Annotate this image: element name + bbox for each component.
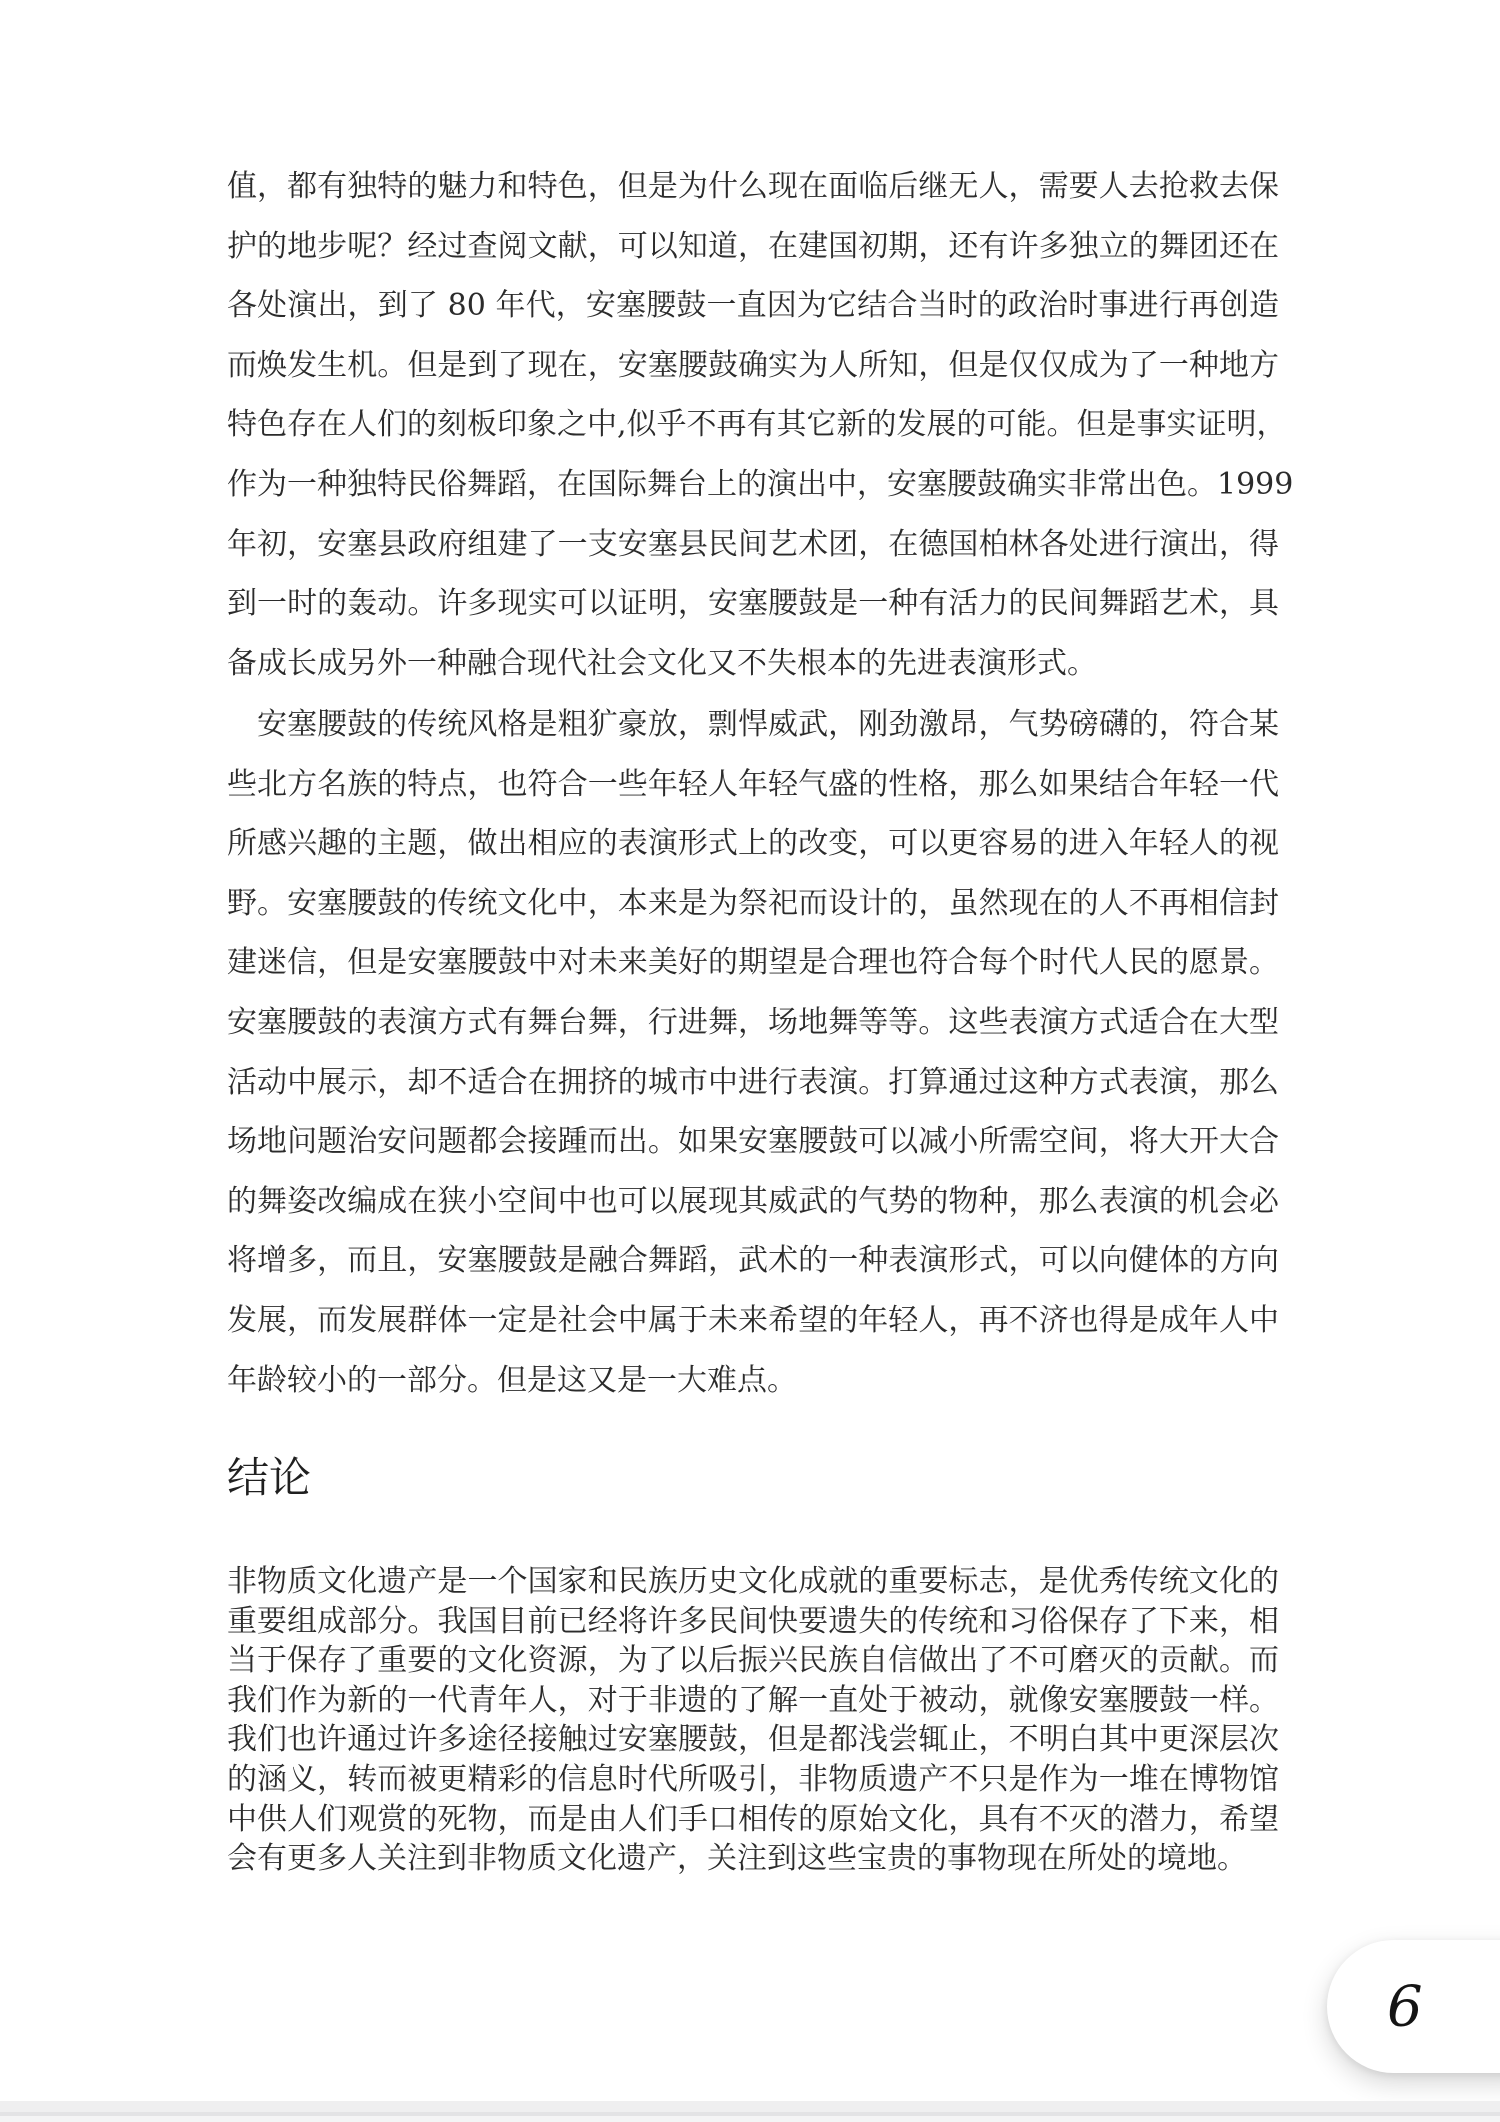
paragraph-continuation: 值，都有独特的魅力和特色，但是为什么现在面临后继无人，需要人去抢救去保护的地步呢… <box>227 157 1279 693</box>
text-line: 安塞腰鼓的传统风格是粗犷豪放，剽悍威武，刚劲激昂，气势磅礴的，符合某 <box>227 695 1279 755</box>
page-number-pill[interactable]: 6 <box>1327 1940 1500 2073</box>
paragraph-conclusion: 非物质文化遗产是一个国家和民族历史文化成就的重要标志，是优秀传统文化的重要组成部… <box>227 1562 1279 1879</box>
text-line: 我们也许通过许多途径接触过安塞腰鼓，但是都浅尝辄止，不明白其中更深层次 <box>227 1720 1279 1760</box>
text-line: 活动中展示，却不适合在拥挤的城市中进行表演。打算通过这种方式表演，那么 <box>227 1053 1279 1113</box>
text-line: 场地问题治安问题都会接踵而出。如果安塞腰鼓可以减小所需空间，将大开大合 <box>227 1112 1279 1172</box>
text-line: 建迷信，但是安塞腰鼓中对未来美好的期望是合理也符合每个时代人民的愿景。 <box>227 933 1279 993</box>
bottom-bar <box>0 2101 1500 2122</box>
bottom-bar-band <box>0 2101 1500 2112</box>
text-line: 各处演出，到了 80 年代，安塞腰鼓一直因为它结合当时的政治时事进行再创造 <box>227 276 1279 336</box>
text-line: 的舞姿改编成在狭小空间中也可以展现其威武的气势的物种，那么表演的机会必 <box>227 1172 1279 1232</box>
paragraph-traditional-style: 安塞腰鼓的传统风格是粗犷豪放，剽悍威武，刚劲激昂，气势磅礴的，符合某些北方名族的… <box>227 695 1279 1410</box>
text-line: 当于保存了重要的文化资源，为了以后振兴民族自信做出了不可磨灭的贡献。而 <box>227 1641 1279 1681</box>
text-line: 年龄较小的一部分。但是这又是一大难点。 <box>227 1351 1279 1411</box>
text-line: 到一时的轰动。许多现实可以证明，安塞腰鼓是一种有活力的民间舞蹈艺术，具 <box>227 574 1279 634</box>
text-line: 我们作为新的一代青年人，对于非遗的了解一直处于被动，就像安塞腰鼓一样。 <box>227 1681 1279 1721</box>
text-line: 年初，安塞县政府组建了一支安塞县民间艺术团，在德国柏林各处进行演出，得 <box>227 515 1279 575</box>
text-line: 的涵义，转而被更精彩的信息时代所吸引，非物质遗产不只是作为一堆在博物馆 <box>227 1760 1279 1800</box>
text-line: 会有更多人关注到非物质文化遗产，关注到这些宝贵的事物现在所处的境地。 <box>227 1839 1279 1879</box>
text-line: 发展，而发展群体一定是社会中属于未来希望的年轻人，再不济也得是成年人中 <box>227 1291 1279 1351</box>
text-line: 安塞腰鼓的表演方式有舞台舞，行进舞，场地舞等等。这些表演方式适合在大型 <box>227 993 1279 1053</box>
text-line: 而焕发生机。但是到了现在，安塞腰鼓确实为人所知，但是仅仅成为了一种地方 <box>227 336 1279 396</box>
section-heading-conclusion: 结论 <box>227 1452 311 1505</box>
text-line: 特色存在人们的刻板印象之中,似乎不再有其它新的发展的可能。但是事实证明， <box>227 395 1279 455</box>
text-line: 所感兴趣的主题，做出相应的表演形式上的改变，可以更容易的进入年轻人的视 <box>227 814 1279 874</box>
page-number: 6 <box>1387 1974 1423 2039</box>
document-page: 值，都有独特的魅力和特色，但是为什么现在面临后继无人，需要人去抢救去保护的地步呢… <box>0 0 1500 2122</box>
text-line: 重要组成部分。我国目前已经将许多民间快要遗失的传统和习俗保存了下来，相 <box>227 1602 1279 1642</box>
text-line: 作为一种独特民俗舞蹈，在国际舞台上的演出中，安塞腰鼓确实非常出色。1999 <box>227 455 1279 515</box>
bottom-bar-band <box>0 2116 1500 2122</box>
text-line: 中供人们观赏的死物，而是由人们手口相传的原始文化，具有不灭的潜力，希望 <box>227 1800 1279 1840</box>
text-line: 将增多，而且，安塞腰鼓是融合舞蹈，武术的一种表演形式，可以向健体的方向 <box>227 1231 1279 1291</box>
text-line: 野。安塞腰鼓的传统文化中，本来是为祭祀而设计的，虽然现在的人不再相信封 <box>227 874 1279 934</box>
text-line: 些北方名族的特点，也符合一些年轻人年轻气盛的性格，那么如果结合年轻一代 <box>227 755 1279 815</box>
text-line: 非物质文化遗产是一个国家和民族历史文化成就的重要标志，是优秀传统文化的 <box>227 1562 1279 1602</box>
text-line: 备成长成另外一种融合现代社会文化又不失根本的先进表演形式。 <box>227 634 1279 694</box>
text-line: 护的地步呢？经过查阅文献，可以知道，在建国初期，还有许多独立的舞团还在 <box>227 217 1279 277</box>
text-line: 值，都有独特的魅力和特色，但是为什么现在面临后继无人，需要人去抢救去保 <box>227 157 1279 217</box>
